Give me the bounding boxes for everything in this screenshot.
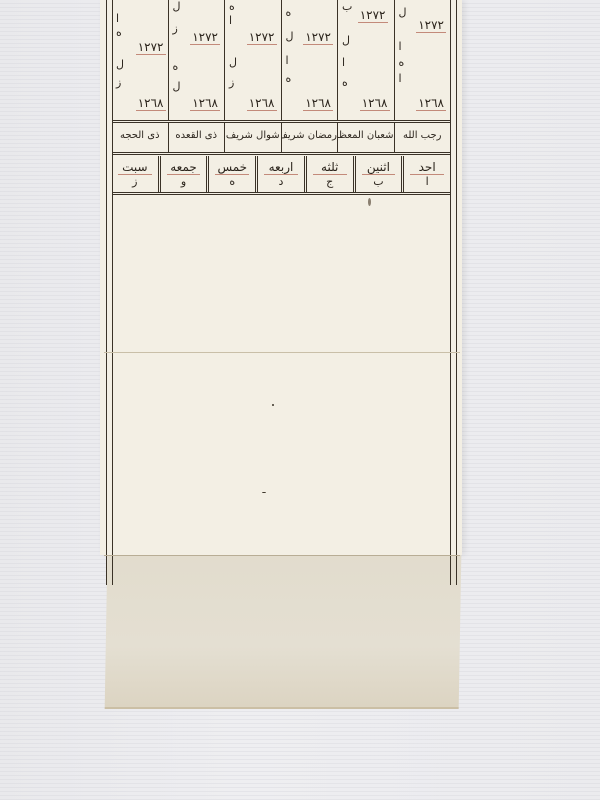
weekday-letter: ز	[112, 175, 158, 188]
horizontal-fold-line	[104, 352, 460, 353]
cell-mark: ا	[399, 72, 402, 85]
cell-mark: ه	[173, 60, 179, 73]
month-header-row: رجب الله شعبان المعظم رمضان شريف شوال شر…	[112, 122, 450, 155]
year-lower: ١٢٦٨	[190, 96, 220, 111]
weekday-thursday: خمس ه	[206, 156, 255, 192]
ink-speck	[262, 492, 266, 493]
month-rajab: رجب الله	[394, 122, 451, 152]
cell-mark: ه	[399, 56, 405, 69]
grid-column: ١٢٧٢ ١٢٦٨ ل ز ه ل	[168, 0, 225, 120]
year-lower: ١٢٦٨	[360, 96, 390, 111]
weekday-name: جمعه	[167, 160, 201, 175]
cell-mark: ل	[173, 0, 181, 13]
cell-mark: ه	[229, 0, 235, 13]
cell-mark: ا	[342, 56, 345, 69]
cell-mark: ه	[116, 26, 122, 39]
cell-mark: ز	[116, 76, 121, 89]
ink-smudge	[368, 198, 371, 206]
cell-mark: ل	[342, 34, 350, 47]
ink-speck	[272, 404, 274, 406]
cell-mark: ا	[286, 54, 289, 67]
weekday-friday: جمعه و	[158, 156, 207, 192]
weekday-row: احد ا اثنين ب ثلثه ج اربعه د خمس ه جمعه …	[112, 156, 450, 195]
month-shaban: شعبان المعظم	[337, 122, 394, 152]
cell-mark: ل	[229, 56, 237, 69]
year-upper: ١٢٧٢	[136, 40, 166, 55]
weekday-letter: ه	[209, 175, 255, 188]
weekday-name: ثلثه	[313, 160, 347, 175]
lower-fold-flap	[105, 555, 462, 709]
cell-mark: ا	[399, 40, 402, 53]
weekday-name: اربعه	[264, 160, 298, 175]
weekday-monday: اثنين ب	[353, 156, 402, 192]
month-dhu-al-hijjah: ذى الحجه	[112, 122, 168, 152]
cell-mark: ه	[286, 72, 292, 85]
weekday-name: سبت	[118, 160, 152, 175]
month-ramadan: رمضان شريف	[281, 122, 338, 152]
grid-column: ١٢٧٢ ١٢٦٨ ل ا ه ا	[394, 0, 451, 120]
weekday-wednesday: اربعه د	[255, 156, 304, 192]
year-upper: ١٢٧٢	[247, 30, 277, 45]
year-upper: ١٢٧٢	[190, 30, 220, 45]
cell-mark: ه	[342, 76, 348, 89]
grid-column: ١٢٧٢ ١٢٦٨ ه ا ل ز	[224, 0, 281, 120]
weekday-letter: ا	[404, 175, 450, 188]
right-border-rule	[450, 0, 457, 585]
cell-mark: ل	[116, 58, 124, 71]
year-lower: ١٢٦٨	[416, 96, 446, 111]
cell-mark: ه	[286, 6, 292, 19]
year-lower: ١٢٦٨	[247, 96, 277, 111]
year-upper: ١٢٧٢	[416, 18, 446, 33]
cell-mark: ل	[173, 80, 181, 93]
weekday-letter: د	[258, 175, 304, 188]
weekday-letter: و	[161, 175, 207, 188]
year-grid: ١٢٧٢ ١٢٦٨ ل ا ه ا ١٢٧٢ ١٢٦٨ ب ل ا ه ١٢٧٢…	[112, 0, 450, 123]
year-lower: ١٢٦٨	[136, 96, 166, 111]
weekday-name: احد	[410, 160, 444, 175]
cell-mark: ز	[229, 76, 234, 89]
grid-column: ١٢٧٢ ١٢٦٨ ا ه ل ز	[112, 0, 168, 120]
weekday-sunday: احد ا	[401, 156, 450, 192]
cell-mark: ا	[116, 12, 119, 25]
bottom-fold-crease	[104, 555, 460, 556]
weekday-saturday: سبت ز	[112, 156, 158, 192]
year-lower: ١٢٦٨	[303, 96, 333, 111]
weekday-name: اثنين	[362, 160, 396, 175]
grid-column: ١٢٧٢ ١٢٦٨ ه ل ا ه	[281, 0, 338, 120]
weekday-tuesday: ثلثه ج	[304, 156, 353, 192]
month-dhu-al-qadah: ذى القعده	[168, 122, 225, 152]
grid-column: ١٢٧٢ ١٢٦٨ ب ل ا ه	[337, 0, 394, 120]
year-upper: ١٢٧٢	[303, 30, 333, 45]
cell-mark: ل	[399, 6, 407, 19]
weekday-letter: ج	[307, 175, 353, 188]
month-shawwal: شوال شريف	[224, 122, 281, 152]
weekday-name: خمس	[215, 160, 249, 175]
weekday-letter: ب	[356, 175, 402, 188]
cell-mark: ل	[286, 30, 294, 43]
cell-mark: ب	[342, 0, 352, 13]
cell-mark: ز	[173, 22, 178, 35]
year-upper: ١٢٧٢	[358, 8, 388, 23]
cell-mark: ا	[229, 14, 232, 27]
